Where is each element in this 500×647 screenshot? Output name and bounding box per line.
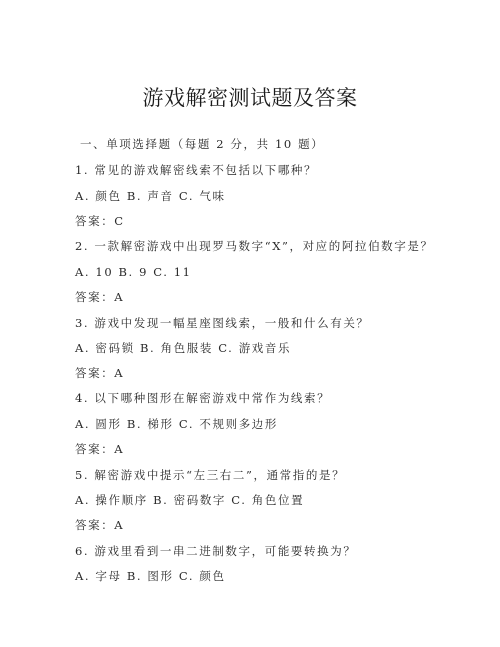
question-1-answer: 答案：C [75,213,125,229]
question-4: 4. 以下哪种图形在解密游戏中常作为线索？ [75,390,330,406]
question-2-options: A. 10 B. 9 C. 11 [75,264,192,280]
question-6-options: A. 字母 B. 图形 C. 颜色 [75,568,226,584]
question-5: 5. 解密游戏中提示“左三右二”，通常指的是？ [75,467,345,483]
document-page: 游戏解密测试题及答案 一、单项选择题（每题 2 分，共 10 题） 1. 常见的… [0,0,500,647]
question-5-answer: 答案：A [75,517,124,533]
section-heading: 一、单项选择题（每题 2 分，共 10 题） [80,136,324,152]
question-6: 6. 游戏里看到一串二进制数字，可能要转换为？ [75,543,356,559]
question-3: 3. 游戏中发现一幅星座图线索，一般和什么有关？ [75,315,370,331]
document-title: 游戏解密测试题及答案 [0,84,500,112]
question-1-options: A. 颜色 B. 声音 C. 气味 [75,188,226,204]
question-5-options: A. 操作顺序 B. 密码数字 C. 角色位置 [75,492,304,508]
question-4-options: A. 圆形 B. 梯形 C. 不规则多边形 [75,416,278,432]
question-3-options: A. 密码锁 B. 角色服装 C. 游戏音乐 [75,340,291,356]
question-4-answer: 答案：A [75,441,124,457]
question-3-answer: 答案：A [75,365,124,381]
question-2-answer: 答案：A [75,289,124,305]
question-1: 1. 常见的游戏解密线索不包括以下哪种？ [75,162,317,178]
question-2: 2. 一款解密游戏中出现罗马数字“X”，对应的阿拉伯数字是？ [75,238,434,254]
